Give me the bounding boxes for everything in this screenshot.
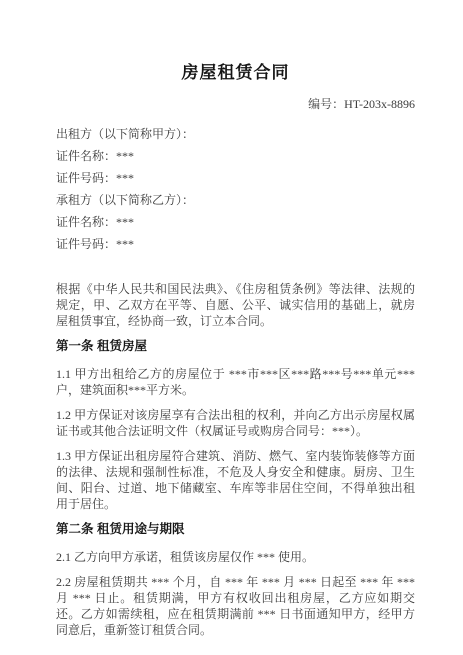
lessee-cert-name: 证件名称：*** [56,215,415,230]
parties-block: 出租方（以下简称甲方）： 证件名称：*** 证件号码：*** 承租方（以下简称乙… [56,127,415,252]
clause-1-3: 1.3 甲方保证出租房屋符合建筑、消防、燃气、室内装饰装修等方面的法律、法规和强… [56,448,415,512]
contract-document-page: 房屋租赁合同 编号：HT-203x-8896 出租方（以下简称甲方）： 证件名称… [0,0,463,655]
clause-2-2: 2.2 房屋租赁期共 *** 个月，自 *** 年 *** 月 *** 日起至 … [56,574,415,638]
lessee-cert-number: 证件号码：*** [56,237,415,252]
clause-1-1: 1.1 甲方出租给乙方的房屋位于 ***市***区***路***号***单元**… [56,366,415,398]
section-2-heading: 第二条 租赁用途与期限 [56,521,415,537]
document-title: 房屋租赁合同 [56,58,415,83]
lessor-cert-name: 证件名称：*** [56,149,415,164]
document-number: 编号：HT-203x-8896 [56,97,415,112]
clause-2-1: 2.1 乙方向甲方承诺，租赁该房屋仅作 *** 使用。 [56,549,415,565]
lessor-cert-number: 证件号码：*** [56,171,415,186]
contract-preamble: 根据《中华人民共和国民法典》、《住房租赁条例》等法律、法规的规定，甲、乙双方在平… [56,281,415,329]
clause-1-2: 1.2 甲方保证对该房屋享有合法出租的权利，并向乙方出示房屋权属证书或其他合法证… [56,407,415,439]
section-1-heading: 第一条 租赁房屋 [56,338,415,354]
lessee-line: 承租方（以下简称乙方）： [56,193,415,208]
lessor-line: 出租方（以下简称甲方）： [56,127,415,142]
